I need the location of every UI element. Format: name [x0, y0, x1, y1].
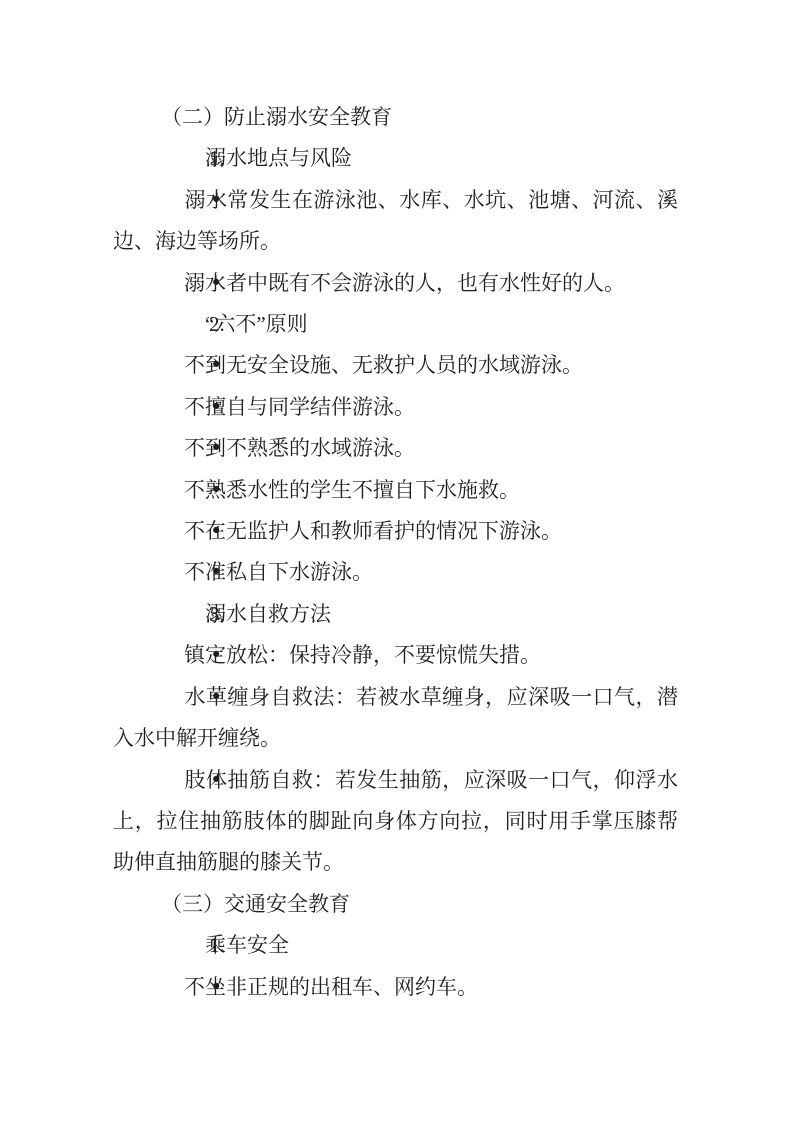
bullet-item: •不准私自下水游泳。 — [113, 552, 678, 593]
text-line: （二）防止溺水安全教育 — [113, 97, 678, 138]
line-text: （二）防止溺水安全教育 — [161, 105, 392, 129]
text-line: •水草缠身自救法：若被水草缠身，应深吸一口气，潜 — [113, 677, 678, 718]
line-text: 边、海边等场所。 — [113, 229, 281, 253]
bullet-item: •不在无监护人和教师看护的情况下游泳。 — [113, 511, 678, 552]
line-text: 肢体抽筋自救：若发生抽筋，应深吸一口气，仰浮水 — [184, 768, 678, 792]
bullet-item: •不到无安全设施、无救护人员的水域游泳。 — [113, 345, 678, 386]
bullet-marker: • — [161, 387, 184, 428]
numbered-item: 1.乘车安全 — [113, 925, 678, 966]
line-text: 溺水常发生在游泳池、水库、水坑、池塘、河流、溪 — [184, 188, 678, 212]
bullet-marker: • — [161, 635, 184, 676]
number-marker: 1. — [161, 925, 205, 966]
bullet-marker: • — [161, 552, 184, 593]
line-text: 不准私自下水游泳。 — [184, 560, 373, 584]
line-text: 不坐非正规的出租车、网约车。 — [184, 975, 478, 999]
text-line: 上，拉住抽筋肢体的脚趾向身体方向拉，同时用手掌压膝帮 — [113, 801, 678, 842]
bullet-marker: • — [161, 470, 184, 511]
text-line: 3.溺水自救方法 — [113, 594, 678, 635]
number-marker: 3. — [161, 594, 205, 635]
line-text: 助伸直抽筋腿的膝关节。 — [113, 850, 344, 874]
bullet-marker: • — [161, 760, 184, 801]
text-line: 1.溺水地点与风险 — [113, 138, 678, 179]
line-text: 水草缠身自救法：若被水草缠身，应深吸一口气，潜 — [184, 685, 678, 709]
section-heading: （三）交通安全教育 — [113, 884, 678, 925]
line-text: 上，拉住抽筋肢体的脚趾向身体方向拉，同时用手掌压膝帮 — [113, 809, 678, 833]
text-line: •不熟悉水性的学生不擅自下水施救。 — [113, 470, 678, 511]
bullet-marker: • — [161, 511, 184, 552]
numbered-item: 2.“六不”原则 — [113, 304, 678, 345]
text-line: •不擅自与同学结伴游泳。 — [113, 387, 678, 428]
document-body: （二）防止溺水安全教育1.溺水地点与风险•溺水常发生在游泳池、水库、水坑、池塘、… — [0, 0, 793, 1008]
bullet-item: •肢体抽筋自救：若发生抽筋，应深吸一口气，仰浮水上，拉住抽筋肢体的脚趾向身体方向… — [113, 760, 678, 884]
line-text: 溺水者中既有不会游泳的人，也有水性好的人。 — [184, 271, 625, 295]
text-line: •不到不熟悉的水域游泳。 — [113, 428, 678, 469]
bullet-marker: • — [161, 428, 184, 469]
bullet-item: •不到不熟悉的水域游泳。 — [113, 428, 678, 469]
text-line: •不在无监护人和教师看护的情况下游泳。 — [113, 511, 678, 552]
document-page: （二）防止溺水安全教育1.溺水地点与风险•溺水常发生在游泳池、水库、水坑、池塘、… — [0, 0, 793, 1122]
text-line: 1.乘车安全 — [113, 925, 678, 966]
bullet-item: •溺水者中既有不会游泳的人，也有水性好的人。 — [113, 263, 678, 304]
line-text: 溺水地点与风险 — [205, 146, 352, 170]
bullet-marker: • — [161, 180, 184, 221]
bullet-item: •镇定放松：保持冷静，不要惊慌失措。 — [113, 635, 678, 676]
bullet-item: •不擅自与同学结伴游泳。 — [113, 387, 678, 428]
text-line: •肢体抽筋自救：若发生抽筋，应深吸一口气，仰浮水 — [113, 760, 678, 801]
text-line: •不准私自下水游泳。 — [113, 552, 678, 593]
line-text: 镇定放松：保持冷静，不要惊慌失措。 — [184, 643, 541, 667]
text-line: 入水中解开缠绕。 — [113, 718, 678, 759]
line-text: “六不”原则 — [205, 312, 308, 336]
bullet-item: •不坐非正规的出租车、网约车。 — [113, 967, 678, 1008]
line-text: 入水中解开缠绕。 — [113, 726, 281, 750]
text-line: （三）交通安全教育 — [113, 884, 678, 925]
text-line: •不坐非正规的出租车、网约车。 — [113, 967, 678, 1008]
bullet-item: •不熟悉水性的学生不擅自下水施救。 — [113, 470, 678, 511]
numbered-item: 3.溺水自救方法 — [113, 594, 678, 635]
text-line: 边、海边等场所。 — [113, 221, 678, 262]
bullet-marker: • — [161, 677, 184, 718]
bullet-marker: • — [161, 263, 184, 304]
bullet-item: •水草缠身自救法：若被水草缠身，应深吸一口气，潜入水中解开缠绕。 — [113, 677, 678, 760]
line-text: 溺水自救方法 — [205, 602, 331, 626]
bullet-marker: • — [161, 967, 184, 1008]
bullet-marker: • — [161, 345, 184, 386]
bullet-item: •溺水常发生在游泳池、水库、水坑、池塘、河流、溪边、海边等场所。 — [113, 180, 678, 263]
text-line: •镇定放松：保持冷静，不要惊慌失措。 — [113, 635, 678, 676]
line-text: 乘车安全 — [205, 933, 289, 957]
line-text: 不熟悉水性的学生不擅自下水施救。 — [184, 478, 520, 502]
text-line: •不到无安全设施、无救护人员的水域游泳。 — [113, 345, 678, 386]
number-marker: 2. — [161, 304, 205, 345]
section-heading: （二）防止溺水安全教育 — [113, 97, 678, 138]
line-text: 不到不熟悉的水域游泳。 — [184, 436, 415, 460]
line-text: （三）交通安全教育 — [161, 892, 350, 916]
number-marker: 1. — [161, 138, 205, 179]
text-line: 2.“六不”原则 — [113, 304, 678, 345]
text-line: •溺水者中既有不会游泳的人，也有水性好的人。 — [113, 263, 678, 304]
text-line: •溺水常发生在游泳池、水库、水坑、池塘、河流、溪 — [113, 180, 678, 221]
line-text: 不到无安全设施、无救护人员的水域游泳。 — [184, 353, 583, 377]
text-line: 助伸直抽筋腿的膝关节。 — [113, 842, 678, 883]
line-text: 不擅自与同学结伴游泳。 — [184, 395, 415, 419]
line-text: 不在无监护人和教师看护的情况下游泳。 — [184, 519, 562, 543]
numbered-item: 1.溺水地点与风险 — [113, 138, 678, 179]
